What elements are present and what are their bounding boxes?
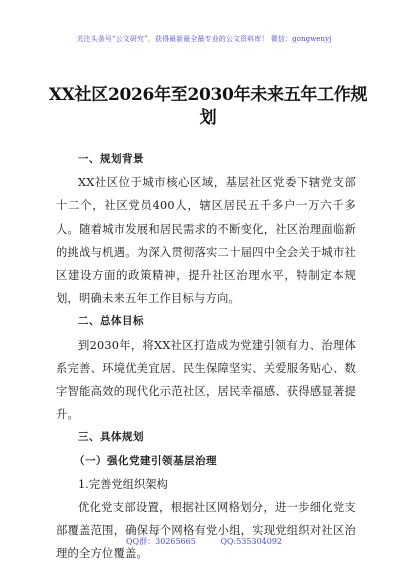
section-heading-plans: 三、具体规划 <box>56 426 356 449</box>
section-paragraph-goals: 到2030年，将XX社区打造成为党建引领有力、治理体系完善、环境优美宜居、民生保… <box>56 334 356 427</box>
footer-qq: QQ:535304092 <box>220 537 282 546</box>
section-paragraph-background: XX社区位于城市核心区域，基层社区党委下辖党支部十二个，社区党员400人，辖区居… <box>56 171 356 310</box>
footer-contact: QQ群：30265665 QQ:535304092 <box>0 536 408 547</box>
item-paragraph-party-organization: 优化党支部设置，根据社区网格划分，进一步细化党支部覆盖范围，确保每个网格有党小组… <box>56 496 356 566</box>
document-title: XX社区2026年至2030年未来五年工作规划 <box>48 84 368 130</box>
header-promo-note: 关注头条号“公文研究”，获得最新最全最专业的公文资料库！ 微信：gongweny… <box>0 34 408 44</box>
item-heading-party-organization: 1.完善党组织架构 <box>56 473 356 496</box>
section-heading-background: 一、规划背景 <box>56 148 356 171</box>
footer-qq-group: QQ群：30265665 <box>126 537 196 546</box>
document-body: 一、规划背景 XX社区位于城市核心区域，基层社区党委下辖党支部十二个，社区党员4… <box>56 148 356 566</box>
subsection-heading-party-building: （一）强化党建引领基层治理 <box>56 450 356 473</box>
section-heading-goals: 二、总体目标 <box>56 310 356 333</box>
